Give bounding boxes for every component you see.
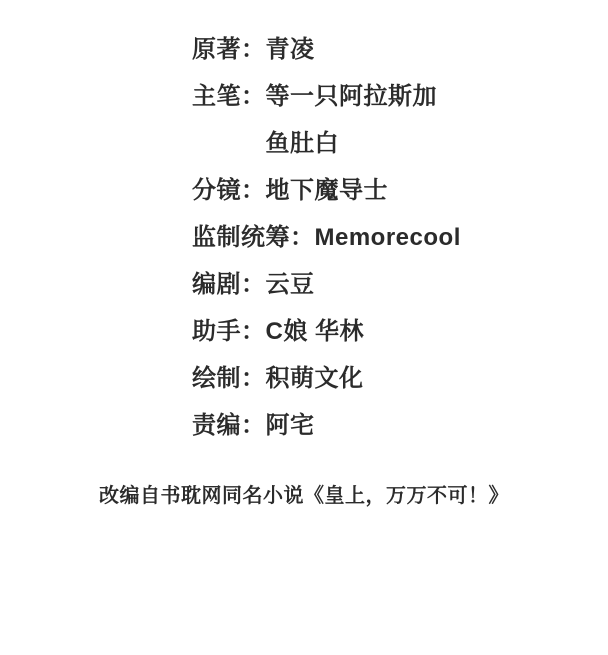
credit-label: 绘制：	[192, 355, 266, 402]
credit-value: 云豆	[266, 261, 315, 308]
credit-label: 主笔：	[192, 73, 266, 120]
credit-row-assistant: 助手： C娘 华林	[192, 308, 461, 355]
credit-value: 地下魔导士	[266, 167, 389, 214]
credit-row-storyboard: 分镜： 地下魔导士	[192, 167, 461, 214]
credit-row-original-author: 原著： 青凌	[192, 26, 461, 73]
credit-row-drawing-studio: 绘制： 积萌文化	[192, 355, 461, 402]
credit-value: 阿宅	[266, 402, 315, 449]
credit-label: 分镜：	[192, 167, 266, 214]
credit-label: 原著：	[192, 26, 266, 73]
credit-value: Memorecool	[315, 214, 461, 261]
credit-row-screenwriter: 编剧： 云豆	[192, 261, 461, 308]
credit-label: 责编：	[192, 402, 266, 449]
credit-value: 等一只阿拉斯加	[266, 73, 438, 120]
credit-label: 编剧：	[192, 261, 266, 308]
credit-label: 监制统筹：	[192, 214, 315, 261]
credit-value: 积萌文化	[266, 355, 364, 402]
credit-row-supervisor: 监制统筹： Memorecool	[192, 214, 461, 261]
credit-value-block: 等一只阿拉斯加 鱼肚白	[266, 73, 438, 167]
credit-row-lead-artist: 主笔： 等一只阿拉斯加 鱼肚白	[192, 73, 461, 167]
credit-row-editor: 责编： 阿宅	[192, 402, 461, 449]
credit-label: 助手：	[192, 308, 266, 355]
credit-value-continuation: 鱼肚白	[266, 120, 438, 167]
adaptation-note: 改编自书耽网同名小说《皇上，万万不可！》	[0, 482, 608, 510]
credit-value: 青凌	[266, 26, 315, 73]
credit-value: C娘 华林	[266, 308, 365, 355]
credits-list: 原著： 青凌 主笔： 等一只阿拉斯加 鱼肚白 分镜： 地下魔导士 监制统筹： M…	[192, 26, 461, 449]
